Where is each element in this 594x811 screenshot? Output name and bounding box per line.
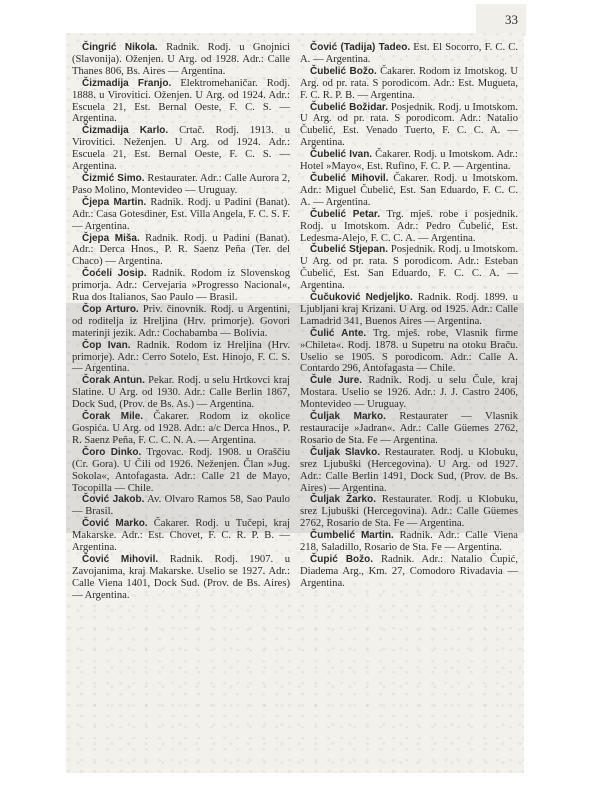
entry-name: Čulić Ante.	[310, 328, 366, 339]
directory-entry: Čizmadija Franjo. Elektromehaničar. Rodj…	[72, 78, 290, 126]
entry-name: Čorak Antun.	[82, 375, 145, 386]
entry-name: Čop Ivan.	[82, 340, 131, 351]
directory-entry: Čulić Ante. Trg. mješ. robe, Vlasnik fir…	[300, 328, 518, 376]
entry-name: Čuljak Žarko.	[310, 494, 376, 505]
entry-name: Čubelić Mihovil.	[310, 173, 388, 184]
directory-entry: Čović Mihovil. Radnik. Rodj. 1907. u Zav…	[72, 554, 290, 602]
directory-entry: Čjepa Martin. Radnik. Rodj. u Padini (Ba…	[72, 197, 290, 233]
directory-entry: Čubelić Ivan. Čakarer. Rodj. u Imotskom.…	[300, 149, 518, 173]
entry-name: Čubelić Ivan.	[310, 149, 372, 160]
directory-entry: Čingrić Nikola. Radnik. Rodj. u Gnojnici…	[72, 42, 290, 78]
directory-entry: Čorak Mile. Čakarer. Rodom iz okolice Go…	[72, 411, 290, 447]
entry-name: Čubelić Stjepan.	[310, 244, 388, 255]
entry-name: Čuljak Marko.	[310, 411, 386, 422]
entry-name: Čubelić Petar.	[310, 209, 380, 220]
directory-entry: Čubelić Mihovil. Čakarer. Rodj. u Imotsk…	[300, 173, 518, 209]
entry-name: Čjepa Martin.	[82, 197, 146, 208]
directory-entry: Čjepa Miša. Radnik. Rodj. u Padini (Bana…	[72, 233, 290, 269]
entry-name: Čizmadija Karlo.	[82, 125, 168, 136]
directory-entry: Čuljak Marko. Restaurater — Vlasnik rest…	[300, 411, 518, 447]
entry-name: Čule Jure.	[310, 375, 362, 386]
directory-entry: Čupić Božo. Radnik. Adr.: Natalio Čupić,…	[300, 554, 518, 590]
entry-name: Čop Arturo.	[82, 304, 139, 315]
entry-name: Čović (Tadija) Tadeo.	[310, 42, 410, 53]
entry-name: Čupić Božo.	[310, 554, 373, 565]
directory-entry: Čop Arturo. Priv. činovnik. Rodj. u Arge…	[72, 304, 290, 340]
directory-entry: Čoro Dinko. Trgovac. Rodj. 1908. u Orašč…	[72, 447, 290, 495]
page-number: 33	[505, 12, 518, 28]
directory-entry: Čubelić Petar. Trg. mješ. robe i posjedn…	[300, 209, 518, 245]
entry-name: Čjepa Miša.	[82, 233, 140, 244]
right-column: Čović (Tadija) Tadeo. Est. El Socorro, F…	[300, 42, 518, 590]
entry-name: Čubelić Božo.	[310, 66, 377, 77]
entry-name: Čović Mihovil.	[82, 554, 158, 565]
directory-entry: Čuljak Žarko. Restaurater. Rodj. u Klobu…	[300, 494, 518, 530]
directory-entry: Čorak Antun. Pekar. Rodj. u selu Hrtkovc…	[72, 375, 290, 411]
entry-name: Čubelić Božidar.	[310, 102, 388, 113]
entry-name: Čović Marko.	[82, 518, 148, 529]
entry-name: Čizmić Simo.	[82, 173, 145, 184]
directory-entry: Čizmadija Karlo. Crtač. Rodj. 1913. u Vi…	[72, 125, 290, 173]
entry-name: Čingrić Nikola.	[82, 42, 158, 53]
directory-entry: Čubelić Božidar. Posjednik. Rodj. u Imot…	[300, 102, 518, 150]
directory-entry: Čučuković Nedjeljko. Radnik. Rodj. 1899.…	[300, 292, 518, 328]
directory-entry: Čović (Tadija) Tadeo. Est. El Socorro, F…	[300, 42, 518, 66]
entry-name: Čučuković Nedjeljko.	[310, 292, 413, 303]
directory-entry: Čović Jakob. Av. Olvaro Ramos 58, Sao Pa…	[72, 494, 290, 518]
left-column: Čingrić Nikola. Radnik. Rodj. u Gnojnici…	[72, 42, 290, 602]
directory-entry: Čubelić Stjepan. Posjednik. Rodj. u Imot…	[300, 244, 518, 292]
directory-entry: Čumbelić Martin. Radnik. Adr.: Calle Vie…	[300, 530, 518, 554]
entry-name: Čizmadija Franjo.	[82, 78, 171, 89]
directory-entry: Čović Marko. Čakarer. Rodj. u Tučepi, kr…	[72, 518, 290, 554]
entry-name: Čović Jakob.	[82, 494, 144, 505]
entry-name: Čumbelić Martin.	[310, 530, 394, 541]
entry-name: Čoćeli Josip.	[82, 268, 147, 279]
directory-entry: Čop Ivan. Radnik. Rodom iz Hreljina (Hrv…	[72, 340, 290, 376]
page-number-box: 33	[476, 4, 526, 36]
directory-entry: Čubelić Božo. Čakarer. Rodom iz Imotskog…	[300, 66, 518, 102]
entry-name: Čoro Dinko.	[82, 447, 141, 458]
directory-entry: Čoćeli Josip. Radnik. Rodom iz Slovensko…	[72, 268, 290, 304]
entry-name: Čorak Mile.	[82, 411, 143, 422]
scanned-page: Čingrić Nikola. Radnik. Rodj. u Gnojnici…	[66, 33, 524, 773]
directory-entry: Čule Jure. Radnik. Rodj. u selu Čule, kr…	[300, 375, 518, 411]
directory-entry: Čizmić Simo. Restaurater. Adr.: Calle Au…	[72, 173, 290, 197]
entry-name: Čuljak Slavko.	[310, 447, 380, 458]
directory-entry: Čuljak Slavko. Restaurater. Rodj. u Klob…	[300, 447, 518, 495]
